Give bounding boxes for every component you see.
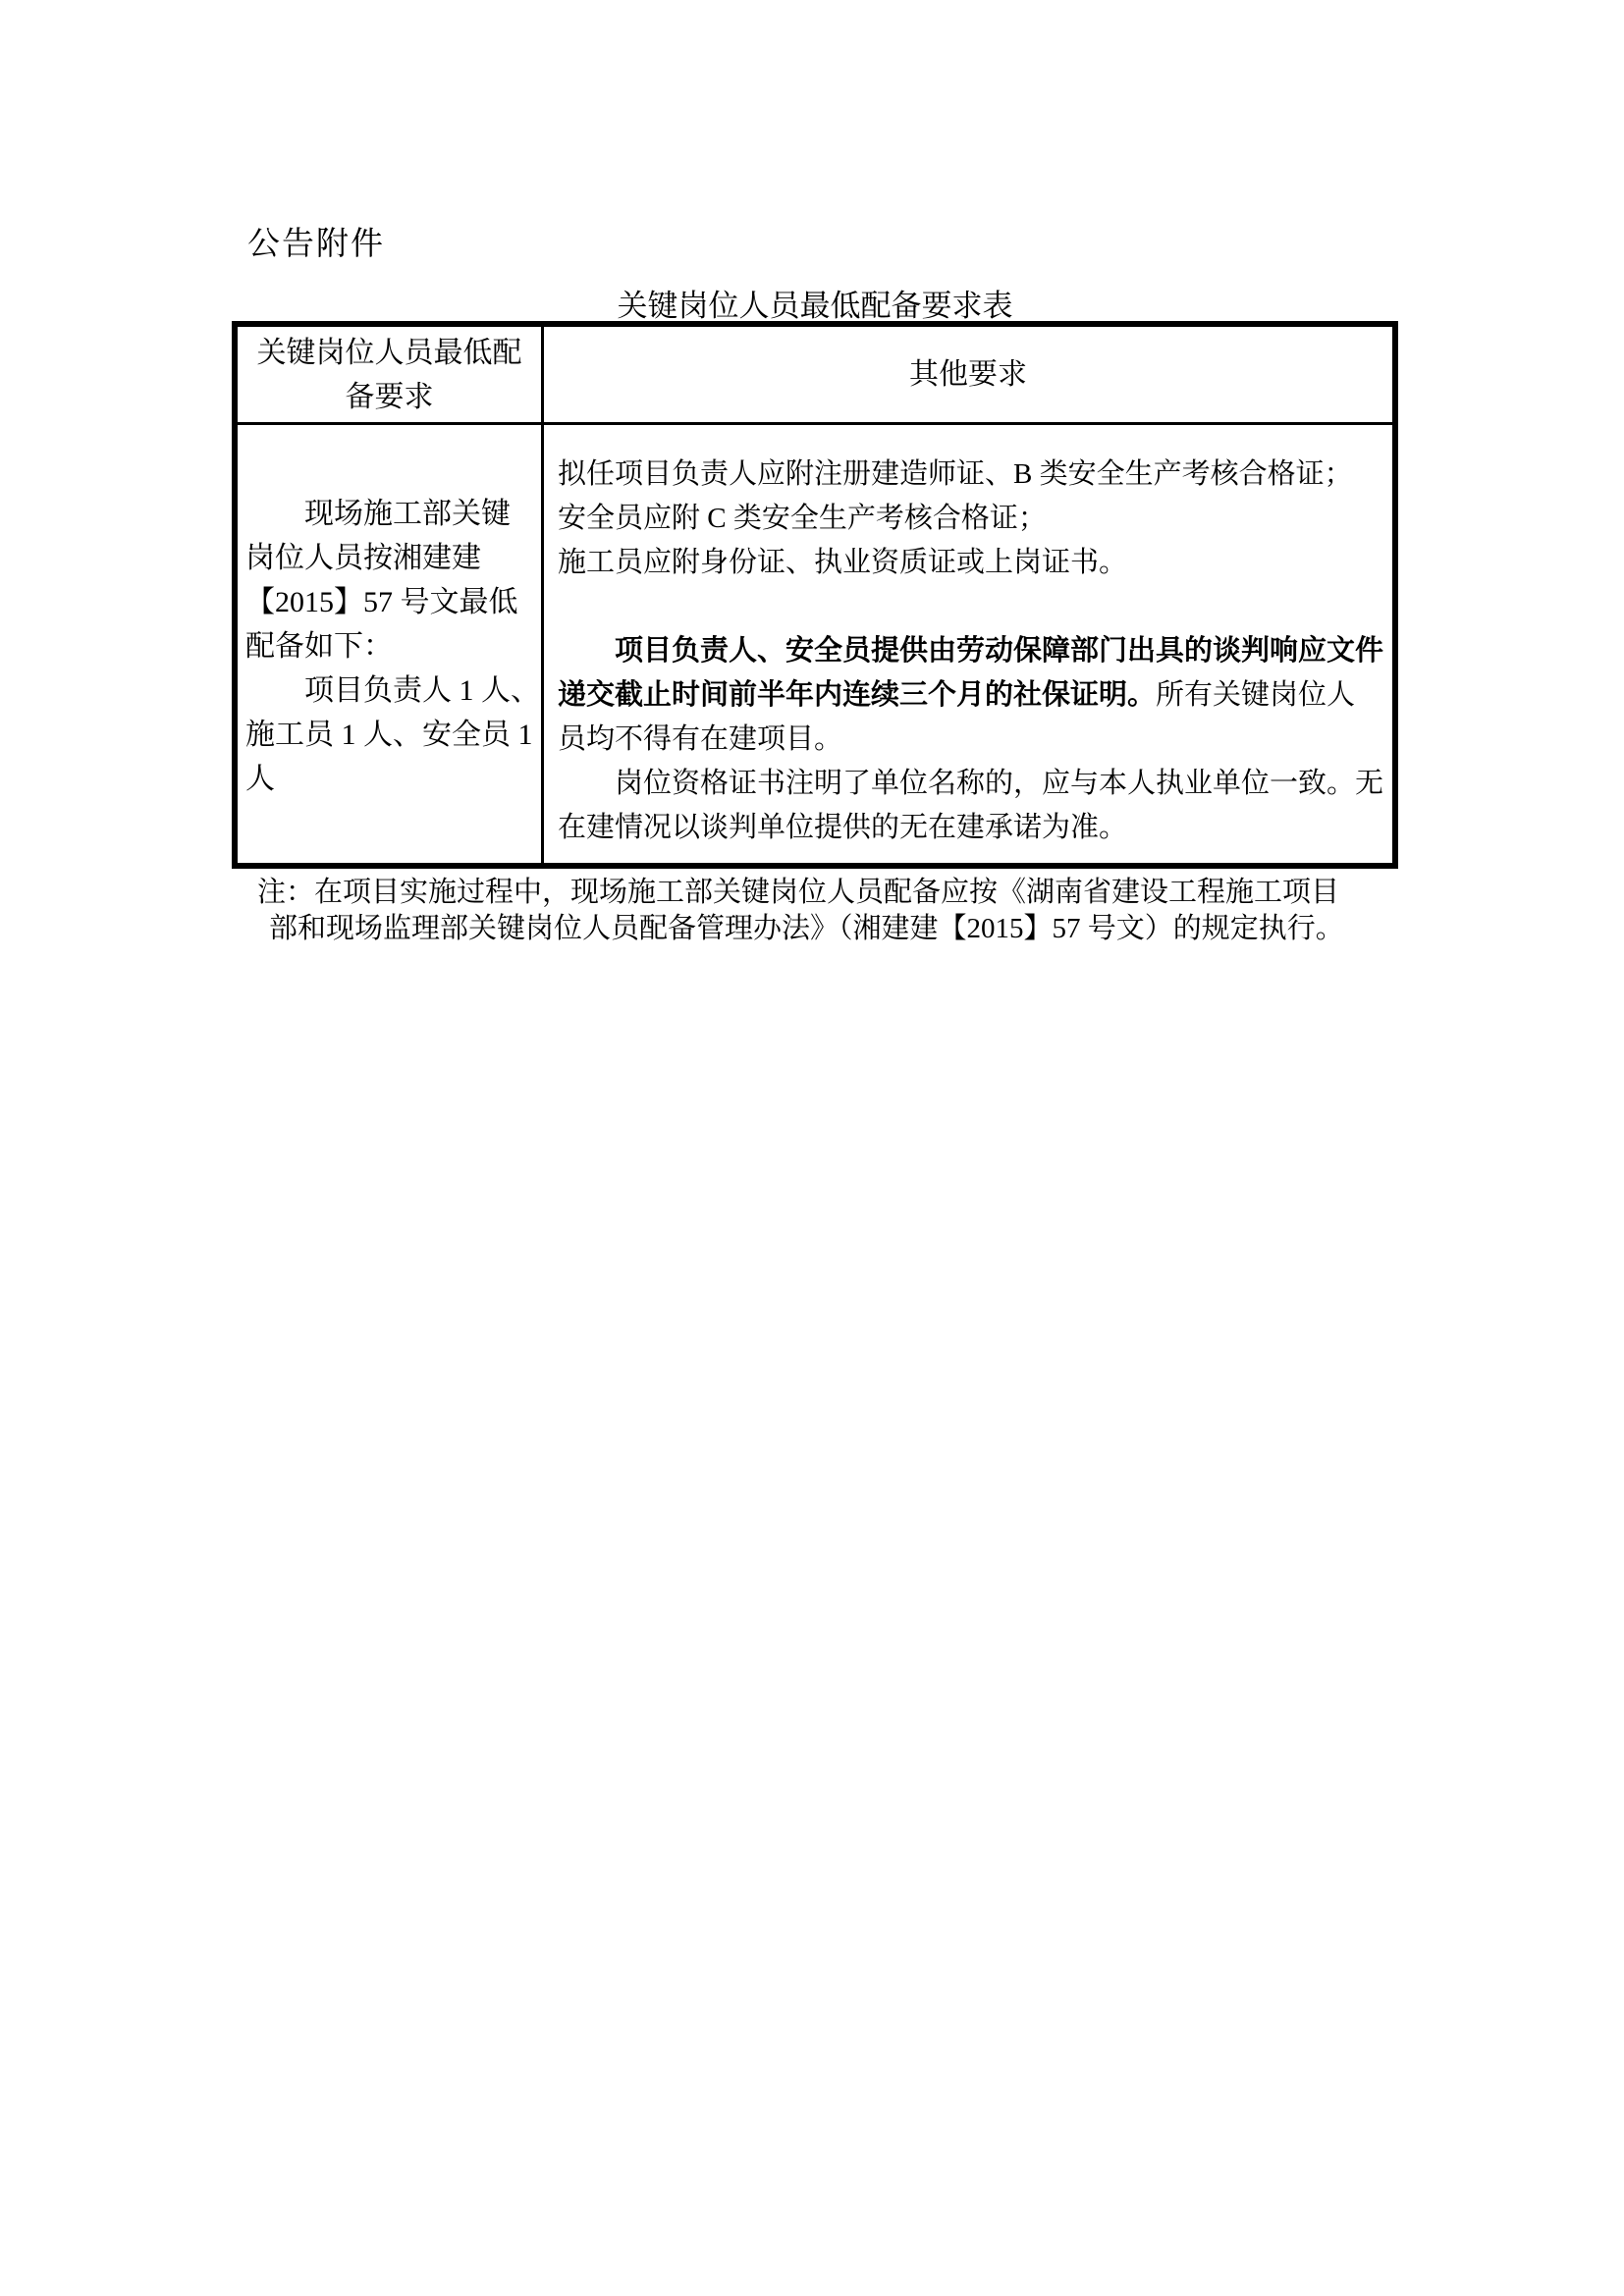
staffing-line: 现场施工部关键 (245, 492, 537, 536)
staffing-line: 【2015】57 号文最低 (245, 580, 537, 624)
attachment-label: 公告附件 (247, 218, 385, 264)
qualification-line: 岗位资格证书注明了单位名称的，应与本人执业单位一致。无 (558, 762, 1386, 806)
note-line: 部和现场监理部关键岗位人员配备管理办法》（湘建建【2015】57 号文）的规定执… (269, 911, 1396, 947)
certificates-line: 拟任项目负责人应附注册建造师证、B 类安全生产考核合格证； (558, 453, 1386, 497)
document-page: 公告附件 关键岗位人员最低配备要求表 关键岗位人员最低配备要求 其他要求 现场施… (0, 0, 1624, 2296)
note-line: 注：在项目实施过程中，现场施工部关键岗位人员配备应按《湖南省建设工程施工项目 (257, 875, 1396, 911)
table-note: 注：在项目实施过程中，现场施工部关键岗位人员配备应按《湖南省建设工程施工项目 部… (257, 875, 1396, 947)
paragraph-qualification: 岗位资格证书注明了单位名称的，应与本人执业单位一致。无 在建情况以谈判单位提供的… (558, 762, 1386, 850)
certificates-line: 施工员应附身份证、执业资质证或上岗证书。 (558, 541, 1386, 585)
social-regular-segment: 所有关键岗位人 (1156, 679, 1355, 711)
cell-other-requirements: 拟任项目负责人应附注册建造师证、B 类安全生产考核合格证； 安全员应附 C 类安… (544, 425, 1392, 863)
certificates-line: 安全员应附 C 类安全生产考核合格证； (558, 497, 1386, 541)
social-bold-segment: 递交截止时间前半年内连续三个月的社保证明。 (558, 679, 1156, 711)
staffing-line: 岗位人员按湘建建 (245, 536, 537, 580)
social-regular-segment: 员均不得有在建项目。 (558, 723, 842, 755)
table-title: 关键岗位人员最低配备要求表 (232, 281, 1398, 325)
header-col-staffing: 关键岗位人员最低配备要求 (238, 327, 544, 422)
staffing-line: 项目负责人 1 人、 (245, 668, 537, 713)
paragraph-certificates: 拟任项目负责人应附注册建造师证、B 类安全生产考核合格证； 安全员应附 C 类安… (558, 453, 1386, 585)
qualification-line: 在建情况以谈判单位提供的无在建承诺为准。 (558, 806, 1386, 850)
social-bold-segment: 项目负责人、安全员提供由劳动保障部门出具的谈判响应文件 (558, 635, 1383, 667)
table-header-row: 关键岗位人员最低配备要求 其他要求 (238, 327, 1392, 425)
paragraph-social-security: 项目负责人、安全员提供由劳动保障部门出具的谈判响应文件 递交截止时间前半年内连续… (558, 629, 1386, 762)
table-body-row: 现场施工部关键 岗位人员按湘建建 【2015】57 号文最低 配备如下： 项目负… (238, 425, 1392, 863)
social-line: 员均不得有在建项目。 (558, 718, 1386, 762)
requirements-table: 关键岗位人员最低配备要求 其他要求 现场施工部关键 岗位人员按湘建建 【2015… (232, 321, 1398, 869)
staffing-line: 施工员 1 人、安全员 1 (245, 713, 537, 757)
staffing-line: 配备如下： (245, 624, 537, 668)
staffing-line: 人 (245, 757, 537, 801)
social-line: 项目负责人、安全员提供由劳动保障部门出具的谈判响应文件 (558, 629, 1386, 673)
social-line: 递交截止时间前半年内连续三个月的社保证明。所有关键岗位人 (558, 673, 1386, 718)
cell-staffing: 现场施工部关键 岗位人员按湘建建 【2015】57 号文最低 配备如下： 项目负… (238, 425, 544, 863)
header-col-other: 其他要求 (544, 327, 1392, 422)
